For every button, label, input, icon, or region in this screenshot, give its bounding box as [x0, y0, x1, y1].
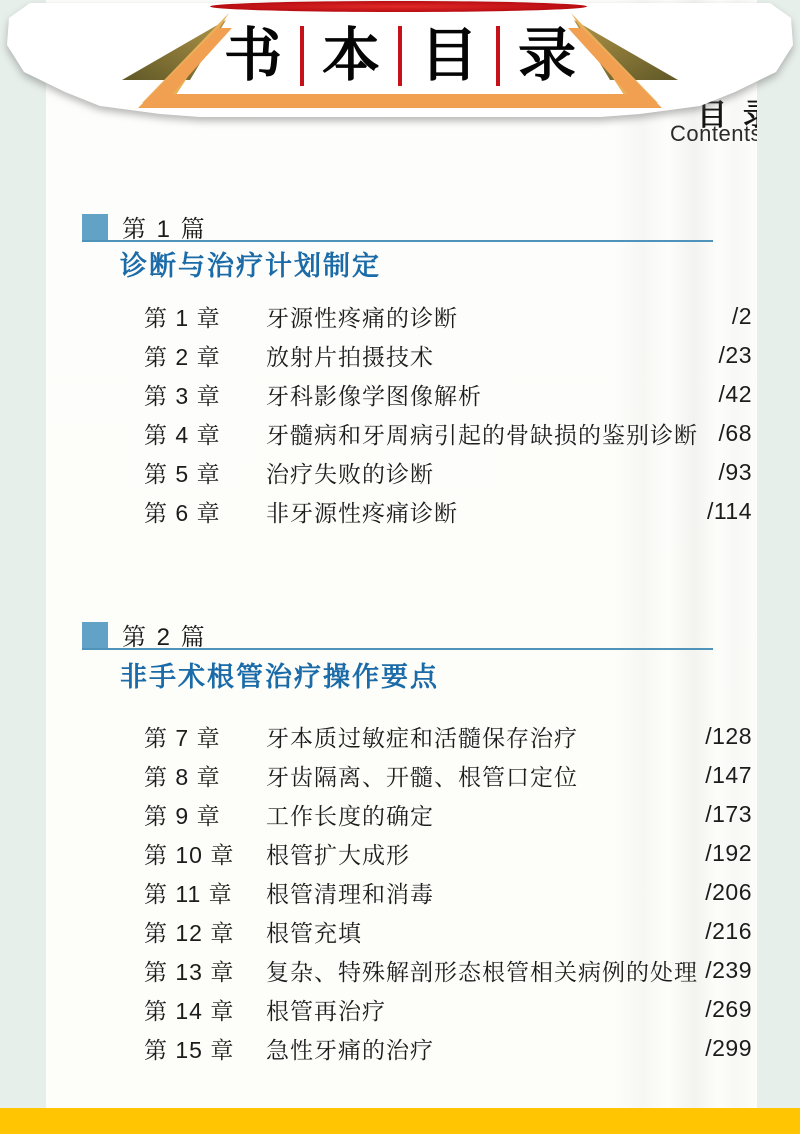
chapter-title: 非牙源性疼痛诊断 — [266, 495, 458, 528]
book-page: 目录 Contents 第 1 篇 诊断与治疗计划制定 第 1 章 牙源性疼痛的… — [46, 0, 757, 1108]
chapter-title: 根管再治疗 — [266, 993, 386, 1026]
chapter-page-number: /269 — [705, 996, 752, 1023]
chapter-title: 根管清理和消毒 — [266, 876, 434, 909]
chapter-label: 第 11 章 — [144, 876, 242, 909]
part-1-label: 第 1 篇 — [122, 209, 207, 244]
toc-part-2: 第 2 篇 非手术根管治疗操作要点 第 7 章 牙本质过敏症和活髓保存治疗 /1… — [46, 622, 757, 1068]
toc-row: 第 15 章 急性牙痛的治疗 /299 — [144, 1029, 752, 1068]
chapter-page-number: /2 — [732, 303, 752, 330]
chapter-title: 牙齿隔离、开髓、根管口定位 — [266, 759, 578, 792]
chapter-title: 牙科影像学图像解析 — [266, 378, 482, 411]
banner-char: 书 — [224, 27, 282, 85]
toc-row: 第 12 章 根管充填 /216 — [144, 912, 752, 951]
red-divider — [300, 26, 304, 86]
toc-row: 第 13 章 复杂、特殊解剖形态根管相关病例的处理 /239 — [144, 951, 752, 990]
chapter-label: 第 5 章 — [144, 456, 242, 489]
chapter-label: 第 6 章 — [144, 495, 242, 528]
chapter-page-number: /173 — [705, 801, 752, 828]
toc-row: 第 9 章 工作长度的确定 /173 — [144, 795, 752, 834]
part-2-header: 第 2 篇 — [82, 622, 713, 650]
toc-row: 第 6 章 非牙源性疼痛诊断 /114 — [144, 492, 752, 531]
toc-row: 第 4 章 牙髓病和牙周病引起的骨缺损的鉴别诊断 /68 — [144, 414, 752, 453]
part-1-title: 诊断与治疗计划制定 — [120, 253, 757, 280]
chapter-title: 急性牙痛的治疗 — [266, 1032, 434, 1065]
chapter-page-number: /147 — [705, 762, 752, 789]
toc-row: 第 2 章 放射片拍摄技术 /23 — [144, 336, 752, 375]
chapter-title: 牙源性疼痛的诊断 — [266, 300, 458, 333]
chapter-label: 第 13 章 — [144, 954, 242, 987]
toc-row: 第 11 章 根管清理和消毒 /206 — [144, 873, 752, 912]
chapter-page-number: /23 — [719, 342, 752, 369]
red-divider — [398, 26, 402, 86]
part-1-header: 第 1 篇 — [82, 214, 713, 242]
chapter-label: 第 2 章 — [144, 339, 242, 372]
chapter-page-number: /299 — [705, 1035, 752, 1062]
chapter-title: 放射片拍摄技术 — [266, 339, 434, 372]
chapter-label: 第 7 章 — [144, 720, 242, 753]
chapter-page-number: /93 — [719, 459, 752, 486]
toc-row: 第 1 章 牙源性疼痛的诊断 /2 — [144, 297, 752, 336]
chapter-label: 第 4 章 — [144, 417, 242, 450]
chapter-label: 第 15 章 — [144, 1032, 242, 1065]
chapter-title: 工作长度的确定 — [266, 798, 434, 831]
red-ellipse-decoration — [210, 1, 587, 12]
footer-yellow-bar — [0, 1108, 800, 1134]
toc-row: 第 10 章 根管扩大成形 /192 — [144, 834, 752, 873]
chapter-label: 第 12 章 — [144, 915, 242, 948]
chapter-page-number: /216 — [705, 918, 752, 945]
chapter-page-number: /68 — [719, 420, 752, 447]
chapter-title: 复杂、特殊解剖形态根管相关病例的处理 — [266, 954, 698, 987]
banner-ribbon-shape: 书 本 目 录 — [0, 0, 800, 130]
chapter-title: 牙髓病和牙周病引起的骨缺损的鉴别诊断 — [266, 417, 698, 450]
part-2-chapter-list: 第 7 章 牙本质过敏症和活髓保存治疗 /128 第 8 章 牙齿隔离、开髓、根… — [144, 717, 752, 1068]
part-2-label: 第 2 篇 — [122, 617, 207, 652]
chapter-label: 第 1 章 — [144, 300, 242, 333]
toc-row: 第 3 章 牙科影像学图像解析 /42 — [144, 375, 752, 414]
chapter-title: 根管扩大成形 — [266, 837, 410, 870]
chapter-page-number: /128 — [705, 723, 752, 750]
toc-row: 第 5 章 治疗失败的诊断 /93 — [144, 453, 752, 492]
chapter-page-number: /206 — [705, 879, 752, 906]
toc-part-1: 第 1 篇 诊断与治疗计划制定 第 1 章 牙源性疼痛的诊断 /2 第 2 章 … — [46, 214, 757, 531]
chapter-label: 第 8 章 — [144, 759, 242, 792]
part-2-title: 非手术根管治疗操作要点 — [120, 664, 757, 691]
chapter-label: 第 10 章 — [144, 837, 242, 870]
chapter-page-number: /114 — [707, 498, 752, 525]
toc-row: 第 14 章 根管再治疗 /269 — [144, 990, 752, 1029]
chapter-title: 牙本质过敏症和活髓保存治疗 — [266, 720, 578, 753]
chapter-label: 第 14 章 — [144, 993, 242, 1026]
banner-char: 录 — [518, 27, 576, 85]
chapter-label: 第 3 章 — [144, 378, 242, 411]
chapter-title: 治疗失败的诊断 — [266, 456, 434, 489]
chapter-page-number: /239 — [705, 957, 752, 984]
part-1-chapter-list: 第 1 章 牙源性疼痛的诊断 /2 第 2 章 放射片拍摄技术 /23 第 3 … — [144, 297, 752, 531]
part-marker-square — [82, 622, 108, 648]
banner-char: 目 — [420, 27, 478, 85]
top-ribbon-banner: 书 本 目 录 — [0, 0, 800, 130]
red-divider — [496, 26, 500, 86]
chapter-label: 第 9 章 — [144, 798, 242, 831]
toc-row: 第 8 章 牙齿隔离、开髓、根管口定位 /147 — [144, 756, 752, 795]
chapter-page-number: /42 — [719, 381, 752, 408]
banner-char: 本 — [322, 27, 380, 85]
toc-row: 第 7 章 牙本质过敏症和活髓保存治疗 /128 — [144, 717, 752, 756]
chapter-page-number: /192 — [705, 840, 752, 867]
banner-title: 书 本 目 录 — [0, 26, 800, 86]
chapter-title: 根管充填 — [266, 915, 362, 948]
part-marker-square — [82, 214, 108, 240]
